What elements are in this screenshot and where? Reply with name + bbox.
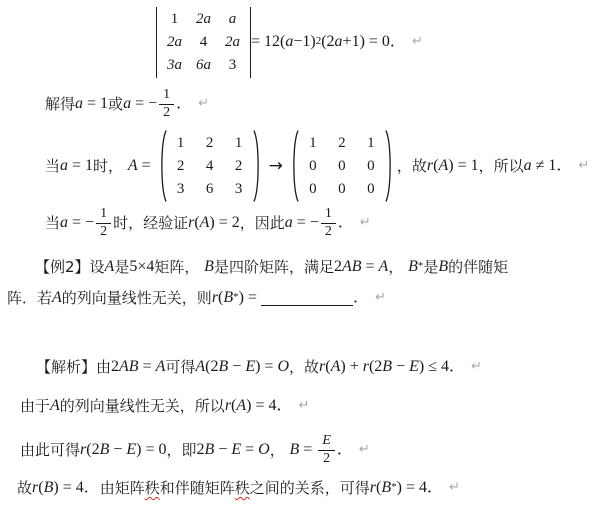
answer-blank: [261, 290, 353, 306]
solution-line: 解得a = 1或a = − 12 ． ↵: [45, 84, 209, 124]
case-a-equals-1-line: 当a = 1时， A = 1 2 1 2 4 2 3 6 3 → 1 2 1: [45, 127, 589, 205]
matrix-cell: 0: [306, 179, 320, 200]
math-op: ) = 0: [136, 440, 166, 459]
text-run: ，: [388, 258, 408, 276]
det-cell: 6a: [196, 55, 211, 76]
math-op: ．: [338, 213, 354, 232]
matrix-cell: 0: [306, 156, 320, 177]
det-cell: 2a: [167, 32, 182, 53]
math-var: A: [128, 156, 138, 175]
matrix-cell: 1: [232, 133, 246, 154]
math-var: a: [285, 213, 293, 232]
math-op: (2: [205, 357, 218, 376]
math-var: B: [382, 357, 392, 376]
text-run: ，: [270, 441, 290, 459]
math-op: ) = 4．: [397, 478, 443, 497]
math-op: =: [241, 440, 258, 459]
math-var: A: [105, 257, 115, 276]
math-var: B: [100, 440, 110, 459]
math-op: (2: [321, 32, 334, 51]
math-op: =: [139, 357, 156, 376]
math-var: AB: [342, 257, 362, 276]
matrix-cell: 0: [335, 156, 349, 177]
math-var: B: [223, 288, 233, 307]
det-cell: 4: [196, 32, 211, 53]
paragraph-mark: ↵: [471, 359, 482, 375]
text-run: 或: [108, 95, 123, 113]
paragraph-mark: ↵: [449, 480, 460, 496]
spellcheck-flagged-text: 秩: [235, 479, 250, 497]
math-var: B: [205, 440, 215, 459]
paragraph-mark: ↵: [412, 34, 423, 50]
left-paren: [290, 129, 299, 203]
math-op: +1) = 0．: [343, 32, 406, 51]
text-run: 当: [45, 157, 60, 175]
math-op: 2: [111, 357, 119, 376]
math-var: A: [52, 288, 62, 307]
math-var: a: [123, 94, 131, 113]
example2-problem-line1: 【例2】设A是5×4矩阵， B是四阶矩阵，满足2AB = A， B*是B的伴随矩: [35, 255, 508, 279]
text-run: 时，经验证: [113, 214, 188, 232]
math-var: a: [60, 213, 68, 232]
fraction-numerator: 1: [159, 87, 174, 104]
rank-2b-e-line: 由此可得r(2B − E) = 0，即2B − E = O， B = E2 ． …: [20, 427, 370, 473]
text-run: 由于: [20, 397, 50, 415]
det-cell: 3a: [167, 55, 182, 76]
math-var: a: [60, 156, 68, 175]
math-var: B: [438, 257, 448, 276]
det-cell: 2a: [196, 9, 211, 30]
math-op: −: [214, 440, 231, 459]
fraction-denominator: 2: [159, 105, 174, 121]
math-var: O: [258, 440, 270, 459]
paragraph-mark: ↵: [299, 398, 310, 414]
matrix-cell: 0: [335, 179, 349, 200]
text-run: 之间的关系，可得: [250, 479, 370, 497]
fraction-denominator: 2: [321, 224, 336, 240]
math-var: AB: [119, 357, 139, 376]
math-op: ) = 4．: [246, 396, 292, 415]
example2-problem-line2: 阵．若A的列向量线性无关，则r(B*) = ． ↵: [7, 285, 386, 311]
text-run: 是四阶矩阵，满足: [214, 258, 334, 276]
math-op: 2: [334, 257, 342, 276]
matrix-a: 1 2 1 2 4 2 3 6 3: [158, 129, 262, 203]
math-op: ) +: [340, 357, 362, 376]
paragraph-mark: ↵: [375, 290, 386, 306]
text-run: 【解析】由: [36, 358, 111, 376]
math-var: a: [524, 156, 532, 175]
math-op: ．: [353, 288, 369, 307]
text-run: 阵．若: [7, 289, 52, 307]
rank-a-line: 由于A的列向量线性无关，所以r(A) = 4． ↵: [20, 394, 309, 418]
text-run: 解得: [45, 95, 75, 113]
matrix-cell: 4: [203, 156, 217, 177]
determinant-matrix: 1 2a a 2a 4 2a 3a 6a 3: [156, 7, 251, 78]
matrix-cell: 2: [174, 156, 188, 177]
math-op: =: [362, 257, 379, 276]
math-op: = −: [68, 213, 94, 232]
math-op: =: [299, 440, 316, 459]
text-run: ，因此: [240, 214, 285, 232]
math-var: B: [408, 257, 418, 276]
math-var: A: [50, 396, 60, 415]
matrix-cell: 3: [232, 179, 246, 200]
fraction-denominator: 2: [319, 451, 334, 467]
fraction: 12: [321, 206, 336, 239]
math-var: A: [195, 357, 205, 376]
fraction-numerator: 1: [96, 206, 111, 223]
document-page: 1 2a a 2a 4 2a 3a 6a 3 = 12(a−1)2(2a+1) …: [0, 0, 602, 512]
math-var: a: [285, 32, 293, 51]
text-run: 的列向量线性无关，所以: [60, 397, 225, 415]
case-a-equals-neg-half-line: 当a = − 12 时，经验证r(A) = 2，因此a = − 12 ． ↵: [45, 199, 371, 247]
text-run: 【例2】设: [35, 258, 105, 276]
math-op: −: [109, 440, 126, 459]
math-op: (2: [86, 440, 99, 459]
math-op: ) = 4．: [53, 478, 99, 497]
math-op: ) =: [239, 288, 261, 307]
math-op: ．: [176, 94, 192, 113]
text-run: 可得: [165, 358, 195, 376]
math-var: A: [200, 213, 210, 232]
math-var: A: [438, 156, 448, 175]
math-var: E: [231, 440, 241, 459]
math-op: ) = 2: [209, 213, 239, 232]
right-arrow-icon: →: [269, 156, 283, 176]
matrix-cell: 1: [306, 133, 320, 154]
fraction-numerator: 1: [321, 206, 336, 223]
matrix-cell: 3: [174, 179, 188, 200]
det-cell: a: [225, 9, 240, 30]
determinant-equation-line: 1 2a a 2a 4 2a 3a 6a 3 = 12(a−1)2(2a+1) …: [156, 4, 423, 80]
math-op: ) ≤ 4．: [419, 357, 465, 376]
det-cell: 2a: [225, 32, 240, 53]
matrix-grid: 1 2 1 2 4 2 3 6 3: [167, 129, 253, 203]
det-cell: 3: [225, 55, 240, 76]
math-op: 5×4: [129, 257, 154, 276]
math-op: ．: [337, 440, 353, 459]
paragraph-mark: ↵: [360, 215, 371, 231]
analysis-line: 【解析】由2AB = A可得A(2B − E) = O，故r(A) + r(2B…: [36, 353, 482, 381]
math-op: (2: [369, 357, 382, 376]
text-run: ，即: [167, 441, 197, 459]
math-var: E: [245, 357, 255, 376]
math-op: −1): [293, 32, 315, 51]
math-var: B: [204, 257, 214, 276]
text-run: 的列向量线性无关，则: [62, 289, 212, 307]
math-var: A: [379, 257, 389, 276]
math-var: A: [236, 396, 246, 415]
left-paren: [158, 129, 167, 203]
fraction-numerator: E: [318, 433, 335, 450]
math-op: =: [138, 156, 155, 175]
matrix-cell: 6: [203, 179, 217, 200]
math-var: E: [409, 357, 419, 376]
text-run: ，所以: [479, 157, 524, 175]
matrix-cell: 1: [364, 133, 378, 154]
text-run: ，故: [289, 358, 319, 376]
text-run: ，故: [397, 157, 427, 175]
math-var: B: [290, 440, 300, 459]
math-op: −: [392, 357, 409, 376]
spellcheck-flagged-text: 秩: [145, 479, 160, 497]
fraction: 12: [159, 87, 174, 120]
math-var: a: [75, 94, 83, 113]
math-op: = −: [293, 213, 319, 232]
matrix-grid: 1 2 1 0 0 0 0 0 0: [299, 129, 385, 203]
matrix-cell: 2: [203, 133, 217, 154]
math-op: 2: [197, 440, 205, 459]
conclusion-line: 故r(B) = 4．由矩阵秩和伴随矩阵秩之间的关系，可得r(B*) = 4． ↵: [17, 474, 460, 502]
math-op: = 1: [68, 156, 93, 175]
matrix-cell: 2: [232, 156, 246, 177]
matrix-cell: 1: [174, 133, 188, 154]
fraction-denominator: 2: [96, 224, 111, 240]
math-var: A: [156, 357, 166, 376]
text-run: 是: [423, 258, 438, 276]
math-var: A: [331, 357, 341, 376]
matrix-cell: 0: [364, 156, 378, 177]
text-run: 故: [17, 479, 32, 497]
math-op: ) =: [255, 357, 277, 376]
math-var: a: [335, 32, 343, 51]
right-paren: [253, 129, 262, 203]
paragraph-mark: ↵: [578, 158, 589, 174]
paragraph-mark: ↵: [359, 442, 370, 458]
math-var: B: [219, 357, 229, 376]
math-var: O: [277, 357, 289, 376]
paragraph-mark: ↵: [198, 96, 209, 112]
fraction: E2: [318, 433, 335, 466]
text-run: 当: [45, 214, 60, 232]
det-cell: 1: [167, 9, 182, 30]
right-paren: [385, 129, 394, 203]
text-run: 由此可得: [20, 441, 80, 459]
math-op: = 1: [83, 94, 108, 113]
text-run: 的伴随矩: [448, 258, 508, 276]
math-op: = 12(: [251, 32, 285, 51]
fraction: 12: [96, 206, 111, 239]
math-op: −: [228, 357, 245, 376]
matrix-cell: 2: [335, 133, 349, 154]
text-run: 时，: [93, 157, 128, 175]
math-op: ) = 1: [448, 156, 478, 175]
math-op: ≠ 1．: [532, 156, 573, 175]
text-run: 和伴随矩阵: [160, 479, 235, 497]
math-op: = −: [131, 94, 157, 113]
text-run: 矩阵，: [154, 258, 204, 276]
math-var: E: [126, 440, 136, 459]
math-var: B: [381, 478, 391, 497]
matrix-reduced: 1 2 1 0 0 0 0 0 0: [290, 129, 394, 203]
text-run: 是: [114, 258, 129, 276]
matrix-cell: 0: [364, 179, 378, 200]
text-run: 由矩阵: [100, 479, 145, 497]
math-var: B: [44, 478, 54, 497]
